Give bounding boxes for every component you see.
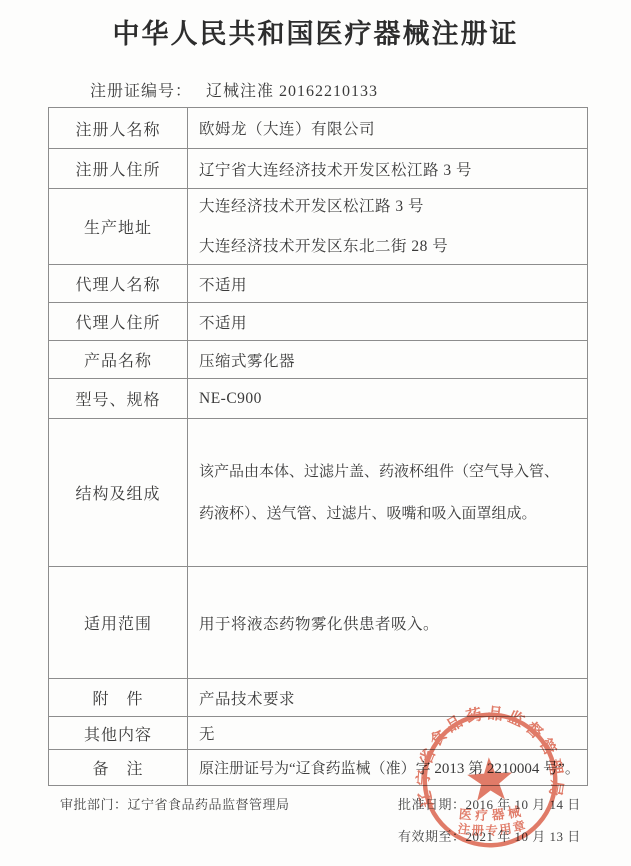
value-line: 不适用: [199, 273, 587, 295]
row-value-production-address: 大连经济技术开发区松江路 3 号 大连经济技术开发区东北二街 28 号: [188, 189, 587, 264]
table-row: 注册人住所 辽宁省大连经济技术开发区松江路 3 号: [49, 148, 587, 188]
row-label-attachment: 附 件: [49, 679, 188, 716]
value-line: 欧姆龙（大连）有限公司: [199, 117, 587, 139]
row-value-agent-name: 不适用: [188, 265, 587, 302]
row-label-scope: 适用范围: [49, 567, 188, 678]
approval-department: 审批部门：辽宁省食品药品监督管理局: [60, 794, 290, 813]
approve-date-value: 2016 年 10 月 14 日: [466, 797, 581, 812]
value-line: 大连经济技术开发区松江路 3 号: [199, 187, 587, 227]
row-value-remarks: 原注册证号为“辽食药监械（准）字 2013 第 2210004 号”。: [188, 750, 587, 785]
row-label-registrant-name: 注册人名称: [49, 108, 188, 148]
row-value-registrant-name: 欧姆龙（大连）有限公司: [188, 108, 587, 148]
cert-number-line: 注册证编号：辽械注准 20162210133: [90, 78, 378, 101]
value-line: 药液杯）、送气管、过滤片、吸嘴和吸入面罩组成。: [199, 493, 587, 535]
row-label-production-address: 生产地址: [49, 189, 188, 264]
row-label-agent-name: 代理人名称: [49, 265, 188, 302]
date-block: 批准日期：2016 年 10 月 14 日 有效期至：2021 年 10 月 1…: [398, 794, 581, 858]
approval-department-value: 辽宁省食品药品监督管理局: [128, 797, 290, 812]
value-line: 压缩式雾化器: [199, 349, 587, 371]
row-value-scope: 用于将液态药物雾化供患者吸入。: [188, 567, 587, 678]
value-line: 该产品由本体、过滤片盖、药液杯组件（空气导入管、: [199, 451, 587, 493]
row-value-other-content: 无: [188, 717, 587, 749]
row-label-other-content: 其他内容: [49, 717, 188, 749]
row-value-structure: 该产品由本体、过滤片盖、药液杯组件（空气导入管、 药液杯）、送气管、过滤片、吸嘴…: [188, 419, 587, 566]
value-line: 产品技术要求: [199, 687, 587, 709]
value-line: NE-C900: [199, 390, 587, 408]
row-value-model-spec: NE-C900: [188, 379, 587, 418]
row-value-product-name: 压缩式雾化器: [188, 341, 587, 378]
row-label-registrant-address: 注册人住所: [49, 149, 188, 188]
table-row: 代理人名称 不适用: [49, 264, 587, 302]
valid-until-line: 有效期至：2021 年 10 月 13 日: [398, 826, 581, 845]
table-row: 其他内容 无: [49, 716, 587, 749]
table-row: 备 注 原注册证号为“辽食药监械（准）字 2013 第 2210004 号”。: [49, 749, 587, 785]
page-title: 中华人民共和国医疗器械注册证: [0, 12, 631, 51]
approve-date-label: 批准日期：: [398, 797, 466, 812]
row-label-structure: 结构及组成: [49, 419, 188, 566]
approval-department-label: 审批部门：: [60, 797, 128, 812]
table-row: 适用范围 用于将液态药物雾化供患者吸入。: [49, 566, 587, 678]
value-line: 原注册证号为“辽食药监械（准）字 2013 第 2210004 号”。: [199, 757, 587, 778]
cert-number-value: 辽械注准 20162210133: [206, 83, 378, 100]
value-line: 大连经济技术开发区东北二街 28 号: [199, 227, 587, 267]
value-line: 辽宁省大连经济技术开发区松江路 3 号: [199, 158, 587, 180]
table-row: 注册人名称 欧姆龙（大连）有限公司: [49, 108, 587, 148]
table-row: 结构及组成 该产品由本体、过滤片盖、药液杯组件（空气导入管、 药液杯）、送气管、…: [49, 418, 587, 566]
table-row: 代理人住所 不适用: [49, 302, 587, 340]
row-value-registrant-address: 辽宁省大连经济技术开发区松江路 3 号: [188, 149, 587, 188]
table-row: 产品名称 压缩式雾化器: [49, 340, 587, 378]
valid-until-value: 2021 年 10 月 13 日: [466, 829, 581, 844]
row-label-agent-address: 代理人住所: [49, 303, 188, 340]
certificate-page: 中华人民共和国医疗器械注册证 注册证编号：辽械注准 20162210133 注册…: [0, 0, 631, 866]
row-label-product-name: 产品名称: [49, 341, 188, 378]
valid-until-label: 有效期至：: [398, 829, 466, 844]
value-line: 用于将液态药物雾化供患者吸入。: [199, 612, 587, 634]
row-label-model-spec: 型号、规格: [49, 379, 188, 418]
approve-date-line: 批准日期：2016 年 10 月 14 日: [398, 794, 581, 813]
row-value-agent-address: 不适用: [188, 303, 587, 340]
value-line: 无: [199, 722, 587, 744]
table-row: 附 件 产品技术要求: [49, 678, 587, 716]
table-row: 型号、规格 NE-C900: [49, 378, 587, 418]
certificate-table: 注册人名称 欧姆龙（大连）有限公司 注册人住所 辽宁省大连经济技术开发区松江路 …: [48, 107, 588, 786]
row-label-remarks: 备 注: [49, 750, 188, 785]
table-row: 生产地址 大连经济技术开发区松江路 3 号 大连经济技术开发区东北二街 28 号: [49, 188, 587, 264]
cert-number-label: 注册证编号：: [90, 83, 192, 100]
row-value-attachment: 产品技术要求: [188, 679, 587, 716]
value-line: 不适用: [199, 311, 587, 333]
